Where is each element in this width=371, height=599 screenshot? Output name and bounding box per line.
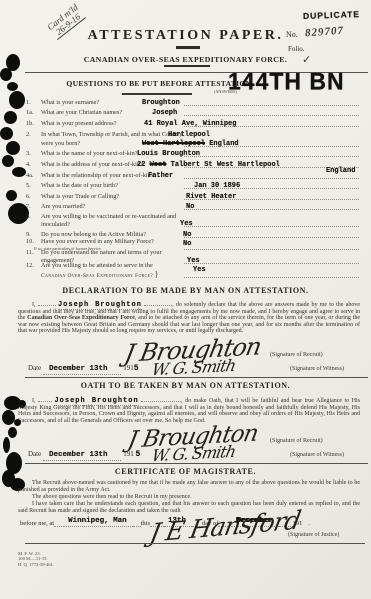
ink-blob bbox=[6, 141, 20, 155]
question-number: 1. bbox=[26, 99, 41, 108]
question-text-line2: Canadian Over-Seas Expeditionary Force? bbox=[41, 273, 153, 279]
dotted-leader bbox=[184, 209, 359, 210]
question-number: 1b. bbox=[26, 120, 41, 129]
title-underline bbox=[176, 46, 200, 49]
question-number: 4. bbox=[26, 161, 41, 170]
year-prefix: 191 bbox=[123, 364, 134, 372]
answer-address-rest: Talbert St West Hartlepool bbox=[171, 161, 280, 169]
ink-blob bbox=[7, 82, 18, 91]
date-value: December 13th bbox=[43, 365, 122, 375]
declaration-force-name: Canadian Over-Seas Expeditionary Force bbox=[27, 315, 135, 321]
place-value: Winnipeg, Man bbox=[64, 517, 133, 527]
answer-value: Broughton bbox=[142, 99, 180, 107]
bottom-rule bbox=[25, 543, 365, 544]
dotted-leader bbox=[184, 105, 359, 106]
question-number: 4a. bbox=[26, 172, 41, 181]
question-row-birthplace: 2.In what Town, Township or Parish, and … bbox=[26, 129, 361, 149]
ink-blob bbox=[8, 427, 17, 438]
oath-paragraph: I, Joseph Broughton , do make Oath, that… bbox=[18, 395, 360, 424]
answer-value: No bbox=[183, 240, 191, 248]
section-rule bbox=[25, 377, 368, 378]
answer-birthplace-struck: West Hartlepool bbox=[142, 140, 205, 148]
force-heading: CANADIAN OVER-SEAS EXPEDITIONARY FORCE. bbox=[0, 55, 371, 64]
magistrate-paragraph-3: I have taken care that he understands ea… bbox=[18, 501, 360, 514]
answer-value: No bbox=[183, 231, 191, 239]
dotted-leader bbox=[184, 226, 359, 227]
oath-witness-signature: W. G. Smith bbox=[150, 442, 237, 466]
answer-address-country: England bbox=[326, 167, 355, 175]
dotted-leader bbox=[184, 178, 359, 179]
year-digit: 5 bbox=[134, 364, 139, 373]
declaration-date-row: Date December 13th 1915 bbox=[28, 364, 139, 373]
dotted-leader bbox=[184, 237, 359, 238]
oath-recruit-signature-label: (Signature of Recruit) bbox=[270, 438, 323, 444]
dotted-fill bbox=[141, 395, 181, 402]
answer-address-struck: West bbox=[150, 161, 167, 169]
magistrate-heading: CERTIFICATE OF MAGISTRATE. bbox=[0, 467, 371, 476]
question-text: Are you willing to be vaccinated or re-v… bbox=[41, 213, 184, 229]
answer-value: Hartlepool West Hartlepool England bbox=[142, 131, 239, 149]
question-number: 2. bbox=[26, 131, 41, 149]
question-row-next-of-kin-name: 3.What is the name of your next-of-kin? … bbox=[26, 149, 361, 160]
recruit-signature-label: (Signature of Recruit) bbox=[270, 352, 323, 358]
answer-birthplace-country: England bbox=[209, 140, 238, 148]
battalion-stamp: 144TH BN bbox=[228, 67, 345, 95]
answer-value: 41 Royal Ave, Winnipeg bbox=[144, 120, 236, 128]
dotted-fill bbox=[38, 299, 56, 306]
answer-value: Yes bbox=[180, 220, 193, 228]
questions-underline bbox=[122, 93, 192, 95]
witness-signature: W. G. Smith bbox=[150, 356, 237, 380]
answer-value: No bbox=[186, 203, 194, 211]
magistrate-paragraph-2: The above questions were then read to th… bbox=[18, 494, 360, 501]
question-row-surname: 1.What is your surname? Broughton bbox=[26, 97, 361, 108]
question-row-present-address: 1b.What is your present address? 41 Roya… bbox=[26, 118, 361, 129]
question-number: 1a. bbox=[26, 109, 41, 118]
question-row-next-of-kin-address: 4.What is the address of your next-of-ki… bbox=[26, 159, 361, 170]
question-number: 8. bbox=[26, 213, 41, 229]
questions-list: 1.What is your surname? Broughton 1a.Wha… bbox=[26, 97, 361, 280]
dotted-leader bbox=[184, 115, 359, 116]
answer-value: Louis Broughton bbox=[137, 150, 200, 158]
before-me-label: before me, at bbox=[20, 520, 54, 527]
question-row-relationship: 4a.What is the relationship of your next… bbox=[26, 170, 361, 181]
dotted-leader bbox=[184, 277, 359, 278]
question-row-birth-date: 5.What is the date of your birth? Jan 30… bbox=[26, 181, 361, 192]
section-rule bbox=[25, 463, 368, 464]
question-number: 12. bbox=[26, 262, 41, 270]
ink-blob bbox=[12, 167, 26, 177]
question-row-vaccinated: 8.Are you willing to be vaccinated or re… bbox=[26, 212, 361, 229]
answer-value: Jan 30 1896 bbox=[194, 182, 240, 190]
witness-signature-label: (Signature of Witness) bbox=[290, 366, 344, 372]
oath-date-row: Date December 13th 191 5 bbox=[28, 450, 140, 459]
year-prefix: 191 bbox=[123, 450, 134, 458]
answer-value: Yes bbox=[193, 266, 206, 274]
declaration-heading: DECLARATION TO BE MADE BY MAN ON ATTESTA… bbox=[0, 286, 371, 295]
oath-heading: OATH TO BE TAKEN BY MAN ON ATTESTATION. bbox=[0, 381, 371, 390]
date-label: Date bbox=[28, 364, 41, 372]
dotted-leader bbox=[184, 249, 359, 250]
footer-form-codes: M. F. W. 23. 100 M.—11-15. H. Q. 1772-39… bbox=[18, 551, 54, 567]
duplicate-stamp: DUPLICATE bbox=[303, 9, 360, 21]
ink-blob bbox=[3, 437, 10, 453]
ink-blob bbox=[2, 155, 14, 167]
declaration-paragraph: I, Joseph Broughton , do solemnly declar… bbox=[18, 299, 360, 335]
dotted-fill bbox=[54, 520, 64, 527]
ink-blob bbox=[0, 68, 12, 81]
no-label: No. bbox=[286, 30, 298, 39]
oath-intro: I, bbox=[32, 398, 36, 404]
question-row-christian-names: 1a.What are your Christian names? Joseph bbox=[26, 108, 361, 119]
answer-value: Joseph bbox=[152, 109, 177, 117]
declaration-intro: I, bbox=[32, 302, 36, 308]
hq-code: H. Q. 1772-39-461. bbox=[18, 562, 54, 567]
ink-blob bbox=[0, 127, 13, 140]
answer-birthplace-line1: Hartlepool bbox=[168, 131, 210, 139]
dotted-leader bbox=[184, 156, 359, 157]
year-digit: 5 bbox=[135, 450, 140, 459]
answer-value: 22 West Talbert St West Hartlepool bbox=[137, 161, 280, 169]
dotted-leader bbox=[184, 263, 359, 264]
attestation-paper-scan: Card m'ld 26-9-16 DUPLICATE ATTESTATION … bbox=[0, 0, 371, 599]
this-label: this bbox=[141, 520, 150, 527]
period: . bbox=[308, 520, 310, 527]
question-number: 6. bbox=[26, 193, 41, 202]
dotted-fill bbox=[133, 520, 141, 527]
answer-value: Rivet Heater bbox=[186, 193, 236, 201]
question-row-willing-attested: 12.Are you willing to be attested to ser… bbox=[26, 266, 361, 280]
dotted-fill bbox=[38, 395, 52, 402]
answer-value: Father bbox=[148, 172, 173, 180]
folio-label: Folio. bbox=[288, 45, 305, 53]
question-text: Are you willing to be attested to serve … bbox=[41, 262, 184, 270]
question-row-trade: 6.What is your Trade or Calling? Rivet H… bbox=[26, 191, 361, 202]
question-text: What is your Trade or Calling? bbox=[41, 193, 184, 202]
force-underline bbox=[164, 65, 210, 67]
answer-value: Yes bbox=[187, 257, 200, 265]
question-number: 3. bbox=[26, 150, 41, 159]
question-number: 7. bbox=[26, 203, 41, 212]
dotted-fill bbox=[144, 299, 172, 306]
ink-blob bbox=[4, 111, 17, 124]
justice-signature-label: (Signature of Justice) bbox=[288, 532, 339, 538]
magistrate-paragraph-1: The Recruit above-named was cautioned by… bbox=[18, 480, 360, 493]
ink-blob bbox=[9, 91, 25, 109]
ink-blob bbox=[6, 190, 17, 201]
question-number: 5. bbox=[26, 182, 41, 191]
question-row-married: 7.Are you married? No bbox=[26, 202, 361, 213]
oath-witness-signature-label: (Signature of Witness) bbox=[290, 452, 344, 458]
question-brace: } bbox=[155, 270, 159, 279]
answer-address-number: 22 bbox=[137, 161, 145, 169]
date-label: Date bbox=[28, 450, 41, 458]
question-text: What is the date of your birth? bbox=[41, 182, 184, 191]
date-value: December 13th bbox=[43, 451, 122, 461]
question-text: Are you married? bbox=[41, 203, 184, 212]
